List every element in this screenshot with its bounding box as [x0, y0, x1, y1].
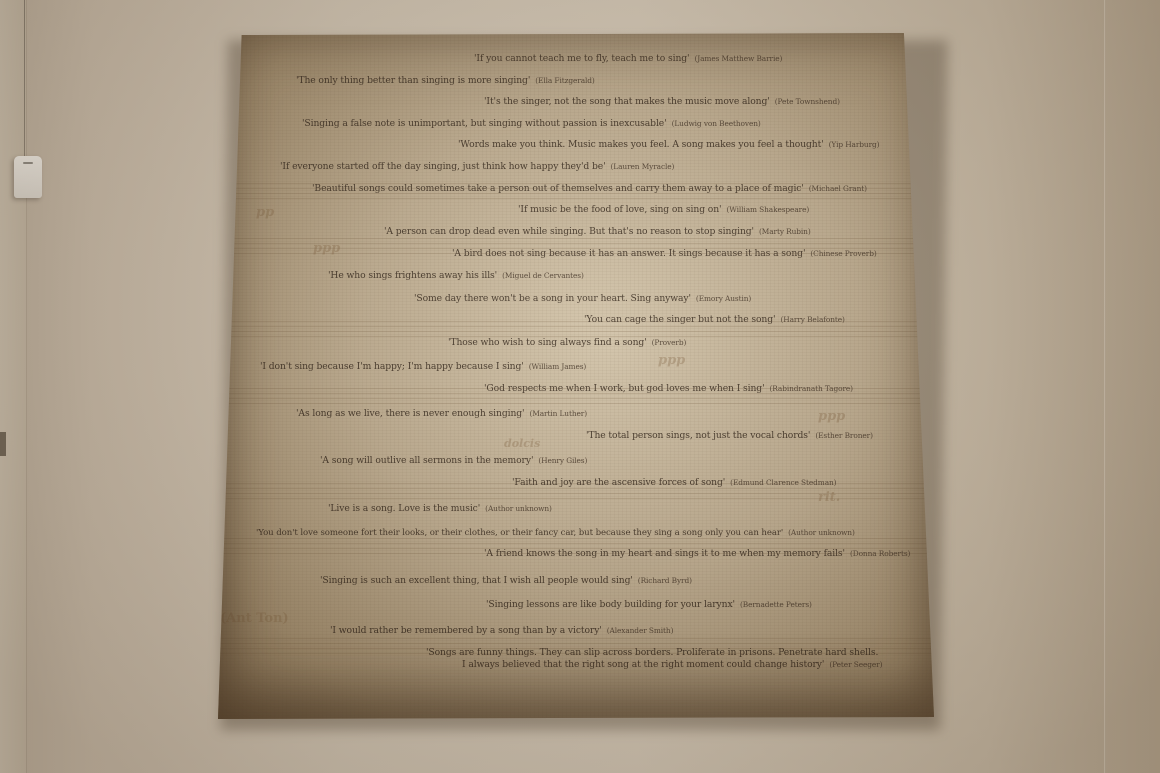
quote-line: 'I would rather be remembered by a song …: [330, 625, 673, 636]
quote-canvas-print: ppp pp ppp rit. (Ant Ton) ppp dolcis 'If…: [218, 33, 934, 719]
quote-line: 'As long as we live, there is never enou…: [296, 408, 587, 419]
quote-line: 'I don't sing because I'm happy; I'm hap…: [260, 361, 586, 372]
quote-line: 'Those who wish to sing always find a so…: [448, 337, 686, 348]
quote-line: 'Singing is such an excellent thing, tha…: [320, 575, 692, 586]
notation-text: dolcis: [504, 437, 540, 450]
quote-line: 'The only thing better than singing is m…: [296, 75, 595, 86]
motion-sensor: [14, 156, 42, 198]
quote-line: 'A bird does not sing because it has an …: [452, 248, 877, 259]
quote-line: 'Words make you think. Music makes you f…: [458, 139, 879, 150]
wall-fixture: [0, 432, 6, 456]
quote-line: 'God respects me when I work, but god lo…: [484, 383, 853, 394]
quote-line: 'If you cannot teach me to fly, teach me…: [474, 53, 782, 64]
quote-line: 'Beautiful songs could sometimes take a …: [312, 183, 867, 194]
dynamic-mark: ppp: [818, 409, 845, 424]
quote-line: 'If everyone started off the day singing…: [280, 161, 674, 172]
quote-line: 'If music be the food of love, sing on s…: [518, 204, 809, 215]
wall-cable: [24, 0, 25, 160]
dynamic-mark: ppp: [658, 353, 685, 368]
quote-line: 'A friend knows the song in my heart and…: [484, 548, 910, 559]
quote-line: 'Some day there won't be a song in your …: [414, 293, 751, 304]
quote-line: 'It's the singer, not the song that make…: [484, 96, 840, 107]
quote-line: 'You don't love someone fort their looks…: [256, 528, 855, 538]
wall-corner: [1104, 0, 1106, 773]
dynamic-mark: rit.: [818, 490, 840, 505]
quote-line: 'He who sings frightens away his ills'(M…: [328, 270, 584, 281]
quote-line: 'Singing lessons are like body building …: [486, 599, 812, 610]
quote-line: 'Live is a song. Love is the music'(Auth…: [328, 503, 552, 514]
quote-line: 'Songs are funny things. They can slip a…: [426, 647, 878, 658]
canvas-vignette: [218, 33, 934, 719]
quote-line: 'A person can drop dead even while singi…: [384, 226, 811, 237]
dynamic-mark: pp: [256, 205, 274, 220]
quote-line: 'You can cage the singer but not the son…: [584, 314, 845, 325]
wall-edge: [0, 0, 27, 773]
quote-line: 'Faith and joy are the ascensive forces …: [512, 477, 836, 488]
notation-text: (Ant Ton): [220, 611, 289, 626]
quote-line: 'A song will outlive all sermons in the …: [320, 455, 587, 466]
quote-line: I always believed that the right song at…: [462, 659, 882, 670]
quote-line: 'Singing a false note is unimportant, bu…: [302, 118, 761, 129]
quote-line: 'The total person sings, not just the vo…: [586, 430, 873, 441]
dynamic-mark: ppp: [313, 241, 340, 256]
